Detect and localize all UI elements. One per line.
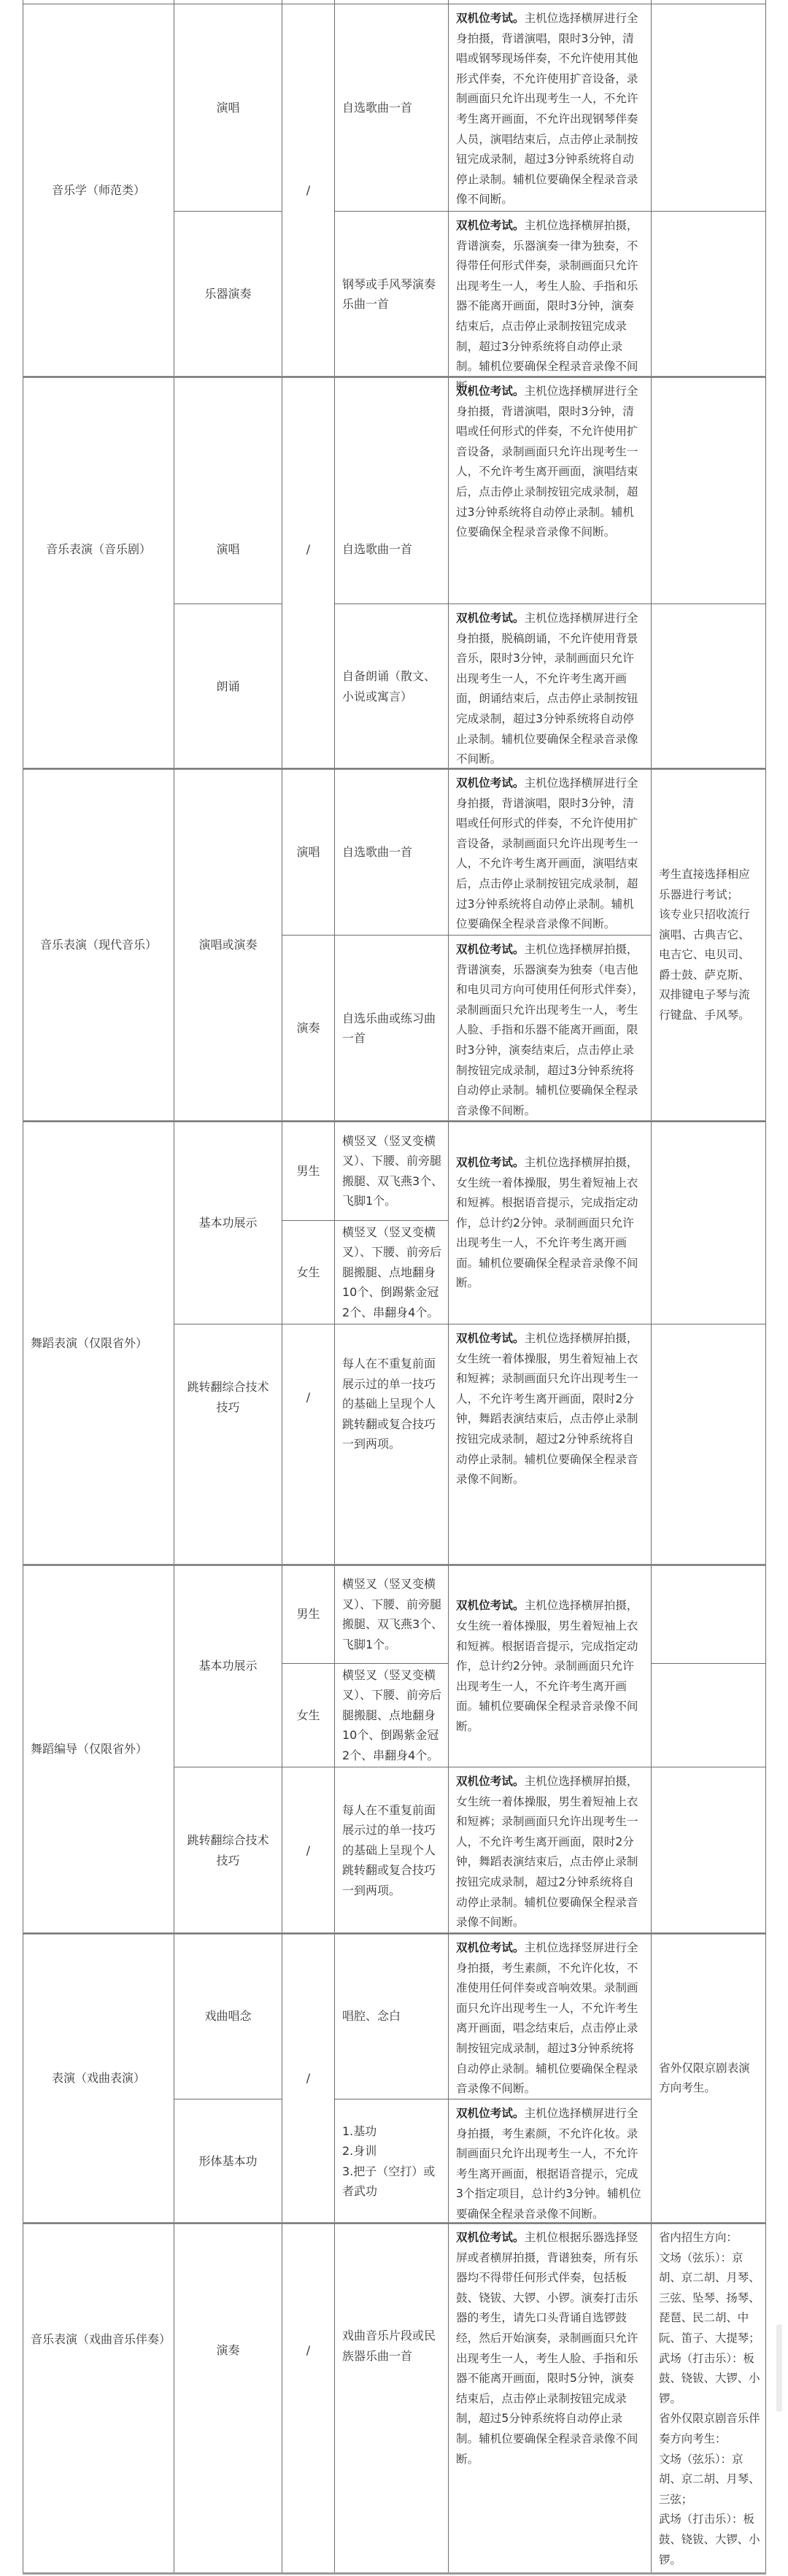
requirement-prefix: 双机位考试。 — [456, 385, 525, 398]
requirement-body: 主机位选择横屏拍摄，背谱演奏，乐器演奏一律为独奏，不得带任何形式伴奏，录制画面只… — [456, 219, 638, 393]
slash-label: / — [306, 539, 310, 560]
gender-label: 女生 — [296, 1262, 320, 1283]
requirement-prefix: 双机位考试。 — [456, 219, 525, 232]
content-cell: 钢琴或手风琴演奏乐曲一首 — [334, 211, 449, 377]
requirement-body: 主机位选择横屏拍摄，背谱演奏，乐器演奏为独奏（电吉他和电贝司方向可使用任何形式伴… — [456, 943, 644, 1117]
gender-label: 男生 — [296, 1604, 320, 1624]
subject-cell: 演奏 — [174, 2223, 282, 2574]
content-cell: 1.基功 2.身训 3.把子（空打）或者武功 — [334, 2099, 449, 2224]
remark-cell — [651, 603, 766, 769]
gender-label: 男生 — [296, 1161, 320, 1181]
requirement-cell: 双机位考试。主机位选择横屏拍摄，女生统一着体操服，男生着短袖上衣和短裤；录制画面… — [448, 1324, 652, 1565]
requirement-body: 主机位选择竖屏进行全身拍摄，考生素颜，不允许化妆，不准使用任何伴奏或音响效果。录… — [456, 1941, 638, 2095]
content-text: 自选歌曲一首 — [342, 98, 412, 118]
gender-cell: 女生 — [282, 1663, 335, 1767]
remark-text: 省外仅限京剧表演方向考生。 — [659, 2059, 760, 2099]
subject-label: 基本功展示 — [198, 1213, 257, 1233]
subject-cell: 戏曲唱念 — [174, 1933, 282, 2099]
major-cell: 音乐表演（现代音乐） — [23, 768, 174, 1122]
requirement-cell: 双机位考试。主机位选择横屏进行全身拍摄，背谱演唱，限时3分钟，清唱或钢琴现场伴奏… — [448, 4, 652, 212]
requirement-prefix: 双机位考试。 — [456, 776, 525, 790]
subject-label: 演唱 — [216, 98, 239, 118]
requirement-cell: 双机位考试。主机位选择横屏拍摄，女生统一着体操服，男生着短袖上衣和短裤；录制画面… — [448, 1767, 652, 1934]
major-label: 舞蹈表演（仅限省外） — [31, 1333, 147, 1354]
content-text: 钢琴或手风琴演奏乐曲一首 — [342, 274, 441, 315]
remark-cell — [651, 1565, 766, 1664]
content-cell: 横竖叉（竖叉变横叉）、下腰、前旁后腿搬腿、点地翻身10个、倒踢紫金冠2个、串翻身… — [334, 1220, 449, 1324]
content-cell: 自选乐曲或练习曲一首 — [334, 935, 449, 1122]
requirement-text: 双机位考试。主机位选择横屏进行全身拍摄，背谱演唱，限时3分钟，清唱或任何形式的伴… — [456, 382, 645, 543]
content-cell: 自选歌曲一首 — [334, 377, 449, 604]
requirement-text: 双机位考试。主机位选择横屏进行全身拍摄，脱稿朗诵，不允许使用背景音乐，限时3分钟… — [456, 609, 645, 770]
content-text: 每人在不重复前面展示过的单一技巧的基础上呈现个人跳转翻或复合技巧一到两项。 — [342, 1800, 441, 1901]
slash-cell: / — [282, 2223, 335, 2574]
requirement-body: 主机位选择横屏拍摄，女生统一着体操服，男生着短袖上衣和短裤。根据语音提示，完成指… — [456, 1156, 638, 1290]
major-cell: 舞蹈编导（仅限省外） — [23, 1565, 174, 1934]
major-label: 音乐表演（现代音乐） — [40, 935, 157, 955]
subject-cell: 演唱或演奏 — [174, 768, 282, 1122]
slash-label: / — [306, 1840, 310, 1861]
major-label: 舞蹈编导（仅限省外） — [31, 1739, 147, 1759]
slash-cell: / — [282, 1324, 335, 1565]
content-text: 戏曲音乐片段或民族器乐曲一首 — [342, 2326, 441, 2366]
subject-cell: 跳转翻综合技术技巧 — [174, 1324, 282, 1565]
remark-cell — [651, 4, 766, 212]
content-cell: 戏曲音乐片段或民族器乐曲一首 — [334, 2223, 449, 2574]
subject-label: 演唱 — [216, 539, 239, 560]
requirement-text: 双机位考试。主机位选择横屏拍摄，女生统一着体操服，男生着短袖上衣和短裤。根据语音… — [456, 1153, 645, 1294]
requirement-cell: 双机位考试。主机位选择横屏进行全身拍摄，背谱演唱，限时3分钟，清唱或任何形式的伴… — [448, 768, 652, 936]
content-text: 横竖叉（竖叉变横叉）、下腰、前旁后腿搬腿、点地翻身10个、倒踢紫金冠2个、串翻身… — [342, 1222, 444, 1323]
subject-cell: 跳转翻综合技术技巧 — [174, 1767, 282, 1934]
major-label: 音乐表演（戏曲音乐伴奏） — [31, 2329, 171, 2350]
requirement-cell: 双机位考试。主机位选择横屏进行全身拍摄，考生素颜，不允许化妆。录制画面只允许出现… — [448, 2099, 652, 2224]
major-cell: 舞蹈表演（仅限省外） — [23, 1121, 174, 1565]
subject-label: 演奏 — [216, 2340, 239, 2361]
remark-text: 考生直接选择相应乐器进行考试； 该专业只招收流行演唱、古典吉它、电吉它、电贝司、… — [659, 865, 760, 1025]
requirement-text: 双机位考试。主机位选择横屏拍摄，背谱演奏，乐器演奏一律为独奏，不得带任何形式伴奏… — [456, 216, 645, 397]
requirement-text: 双机位考试。主机位选择横屏拍摄，女生统一着体操服，男生着短袖上衣和短裤；录制画面… — [456, 1772, 645, 1933]
subject-cell: 演唱 — [174, 377, 282, 604]
requirement-prefix: 双机位考试。 — [456, 2231, 525, 2244]
requirement-cell: 双机位考试。主机位选择竖屏进行全身拍摄，考生素颜，不允许化妆，不准使用任何伴奏或… — [448, 1933, 652, 2099]
requirement-body: 主机位选择横屏拍摄，女生统一着体操服，男生着短袖上衣和短裤；录制画面只允许出现考… — [456, 1775, 638, 1929]
content-cell: 每人在不重复前面展示过的单一技巧的基础上呈现个人跳转翻或复合技巧一到两项。 — [334, 1767, 449, 1934]
remark-cell — [651, 377, 766, 604]
remark-cell: 省内招生方向： 文场（弦乐）：京胡、京二胡、月琴、三弦、坠琴、扬琴、琵琶、民二胡… — [651, 2223, 766, 2574]
subject-cell: 朗诵 — [174, 603, 282, 769]
type-label: 演唱 — [296, 842, 320, 863]
content-text: 1.基功 2.身训 3.把子（空打）或者武功 — [342, 2121, 445, 2202]
type-cell: 演唱 — [282, 768, 335, 936]
requirement-cell: 双机位考试。主机位选择横屏进行全身拍摄，背谱演唱，限时3分钟，清唱或任何形式的伴… — [448, 377, 652, 604]
group-divider — [23, 2572, 766, 2575]
requirement-body: 主机位选择横屏进行全身拍摄，背谱演唱，限时3分钟，清唱或任何形式的伴奏，不允许使… — [456, 776, 638, 930]
type-label: 演奏 — [296, 1018, 320, 1038]
content-cell: 横竖叉（竖叉变横叉）、下腰、前旁腿搬腿、双飞燕3个、飞脚1个。 — [334, 1565, 449, 1664]
slash-label: / — [306, 1387, 310, 1408]
subject-cell: 演唱 — [174, 4, 282, 212]
requirement-body: 主机位选择横屏进行全身拍摄，背谱演唱，限时3分钟，清唱或任何形式的伴奏，不允许使… — [456, 385, 638, 539]
slash-label: / — [306, 2068, 310, 2089]
subject-label: 乐器演奏 — [204, 284, 251, 304]
requirement-prefix: 双机位考试。 — [456, 612, 525, 625]
requirement-prefix: 双机位考试。 — [456, 1332, 525, 1345]
requirement-body: 主机位选择横屏进行全身拍摄，考生素颜，不允许化妆。录制画面只允许出现考生一人，不… — [456, 2107, 641, 2221]
requirement-text: 双机位考试。主机位选择横屏进行全身拍摄，背谱演唱，限时3分钟，清唱或钢琴现场伴奏… — [456, 9, 645, 210]
requirement-text: 双机位考试。主机位选择竖屏进行全身拍摄，考生素颜，不允许化妆，不准使用任何伴奏或… — [456, 1938, 645, 2099]
content-cell: 唱腔、念白 — [334, 1933, 449, 2099]
requirement-prefix: 双机位考试。 — [456, 1941, 525, 1954]
content-text: 自备朗诵（散文、小说或寓言） — [342, 666, 441, 706]
slash-cell: / — [282, 4, 335, 377]
requirement-body: 主机位选择横屏进行全身拍摄，背谱演唱，限时3分钟，清唱或钢琴现场伴奏，不允许使用… — [456, 12, 638, 206]
subject-label: 跳转翻综合技术技巧 — [185, 1830, 272, 1870]
remark-cell: 考生直接选择相应乐器进行考试； 该专业只招收流行演唱、古典吉它、电吉它、电贝司、… — [651, 768, 766, 1122]
requirement-prefix: 双机位考试。 — [456, 12, 525, 25]
requirement-prefix: 双机位考试。 — [456, 2107, 525, 2120]
slash-cell: / — [282, 377, 335, 769]
subject-cell: 基本功展示 — [174, 1121, 282, 1324]
subject-label: 朗诵 — [216, 676, 239, 697]
content-text: 自选乐曲或练习曲一首 — [342, 1009, 441, 1049]
requirement-text: 双机位考试。主机位选择横屏拍摄，女生统一着体操服，男生着短袖上衣和短裤；录制画面… — [456, 1329, 645, 1490]
requirement-prefix: 双机位考试。 — [456, 943, 525, 956]
requirement-prefix: 双机位考试。 — [456, 1775, 525, 1788]
remark-cell — [651, 211, 766, 377]
content-cell: 横竖叉（竖叉变横叉）、下腰、前旁后腿搬腿、点地翻身10个、倒踢紫金冠2个、串翻身… — [334, 1663, 449, 1767]
content-text: 横竖叉（竖叉变横叉）、下腰、前旁腿搬腿、双飞燕3个、飞脚1个。 — [342, 1574, 444, 1654]
remark-cell — [651, 1767, 766, 1934]
slash-label: / — [306, 180, 310, 201]
requirement-cell: 双机位考试。主机位选择横屏拍摄，背谱演奏，乐器演奏一律为独奏，不得带任何形式伴奏… — [448, 211, 652, 377]
requirement-text: 双机位考试。主机位选择横屏进行全身拍摄，考生素颜，不允许化妆。录制画面只允许出现… — [456, 2104, 645, 2225]
requirement-cell: 双机位考试。主机位选择横屏进行全身拍摄，脱稿朗诵，不允许使用背景音乐，限时3分钟… — [448, 603, 652, 769]
subject-label: 戏曲唱念 — [204, 2006, 251, 2027]
content-text: 每人在不重复前面展示过的单一技巧的基础上呈现个人跳转翻或复合技巧一到两项。 — [342, 1354, 441, 1454]
slash-label: / — [306, 2340, 310, 2361]
content-text: 自选歌曲一首 — [342, 539, 412, 560]
major-label: 音乐学（师范类） — [52, 180, 145, 201]
subject-label: 形体基本功 — [198, 2151, 257, 2172]
major-cell: 音乐学（师范类） — [23, 4, 174, 377]
requirement-cell: 双机位考试。主机位根据乐器选择竖屏或者横屏拍摄，背谱独奏，所有乐器均不得带任何形… — [448, 2223, 652, 2574]
remark-cell: 省外仅限京剧表演方向考生。 — [651, 1933, 766, 2224]
remark-text: 省内招生方向： 文场（弦乐）：京胡、京二胡、月琴、三弦、坠琴、扬琴、琵琶、民二胡… — [659, 2228, 761, 2570]
remark-cell — [651, 1663, 766, 1767]
slash-cell: / — [282, 1933, 335, 2224]
remark-cell — [651, 1324, 766, 1565]
requirement-body: 主机位选择横屏拍摄，女生统一着体操服，男生着短袖上衣和短裤。根据语音提示，完成指… — [456, 1599, 638, 1733]
gender-label: 女生 — [296, 1705, 320, 1726]
slash-cell: / — [282, 1767, 335, 1934]
content-text: 横竖叉（竖叉变横叉）、下腰、前旁腿搬腿、双飞燕3个、飞脚1个。 — [342, 1131, 444, 1211]
content-cell: 自选歌曲一首 — [334, 4, 449, 212]
major-cell: 表演（戏曲表演） — [23, 1933, 174, 2224]
subject-cell: 乐器演奏 — [174, 211, 282, 377]
requirement-text: 双机位考试。主机位选择横屏拍摄，背谱演奏，乐器演奏为独奏（电吉他和电贝司方向可使… — [456, 940, 645, 1121]
scrollbar-thumb[interactable] — [776, 2324, 782, 2412]
content-text: 自选歌曲一首 — [342, 842, 412, 863]
content-cell: 自备朗诵（散文、小说或寓言） — [334, 603, 449, 769]
major-cell: 音乐表演（音乐剧） — [23, 377, 174, 769]
content-cell: 横竖叉（竖叉变横叉）、下腰、前旁腿搬腿、双飞燕3个、飞脚1个。 — [334, 1121, 449, 1221]
content-text: 横竖叉（竖叉变横叉）、下腰、前旁后腿搬腿、点地翻身10个、倒踢紫金冠2个、串翻身… — [342, 1665, 444, 1766]
requirement-text: 双机位考试。主机位选择横屏进行全身拍摄，背谱演唱，限时3分钟，清唱或任何形式的伴… — [456, 774, 645, 935]
gender-cell: 男生 — [282, 1121, 335, 1221]
content-text: 唱腔、念白 — [342, 2006, 401, 2027]
subject-label: 跳转翻综合技术技巧 — [185, 1377, 272, 1417]
subject-label: 演唱或演奏 — [198, 935, 257, 955]
requirement-prefix: 双机位考试。 — [456, 1599, 525, 1612]
content-cell: 每人在不重复前面展示过的单一技巧的基础上呈现个人跳转翻或复合技巧一到两项。 — [334, 1324, 449, 1565]
major-cell: 音乐表演（戏曲音乐伴奏） — [23, 2223, 174, 2574]
requirement-body: 主机位选择横屏进行全身拍摄，脱稿朗诵，不允许使用背景音乐，限时3分钟，录制画面只… — [456, 612, 638, 766]
requirement-body: 主机位选择横屏拍摄，女生统一着体操服，男生着短袖上衣和短裤；录制画面只允许出现考… — [456, 1332, 638, 1486]
requirement-text: 双机位考试。主机位根据乐器选择竖屏或者横屏拍摄，背谱独奏，所有乐器均不得带任何形… — [456, 2228, 645, 2469]
major-label: 表演（戏曲表演） — [52, 2068, 145, 2089]
content-cell: 自选歌曲一首 — [334, 768, 449, 936]
subject-cell: 基本功展示 — [174, 1565, 282, 1767]
requirement-prefix: 双机位考试。 — [456, 1156, 525, 1169]
remark-cell — [651, 1121, 766, 1324]
gender-cell: 女生 — [282, 1220, 335, 1324]
requirement-cell: 双机位考试。主机位选择横屏拍摄，女生统一着体操服，男生着短袖上衣和短裤。根据语音… — [448, 1121, 652, 1324]
requirement-cell: 双机位考试。主机位选择横屏拍摄，背谱演奏，乐器演奏为独奏（电吉他和电贝司方向可使… — [448, 935, 652, 1122]
requirement-body: 主机位根据乐器选择竖屏或者横屏拍摄，背谱独奏，所有乐器均不得带任何形式伴奏，包括… — [456, 2231, 638, 2466]
major-label: 音乐表演（音乐剧） — [46, 539, 151, 560]
subject-label: 基本功展示 — [198, 1656, 257, 1676]
requirement-text: 双机位考试。主机位选择横屏拍摄，女生统一着体操服，男生着短袖上衣和短裤。根据语音… — [456, 1596, 645, 1737]
type-cell: 演奏 — [282, 935, 335, 1122]
requirement-cell: 双机位考试。主机位选择横屏拍摄，女生统一着体操服，男生着短袖上衣和短裤。根据语音… — [448, 1565, 652, 1767]
gender-cell: 男生 — [282, 1565, 335, 1664]
subject-cell: 形体基本功 — [174, 2099, 282, 2224]
